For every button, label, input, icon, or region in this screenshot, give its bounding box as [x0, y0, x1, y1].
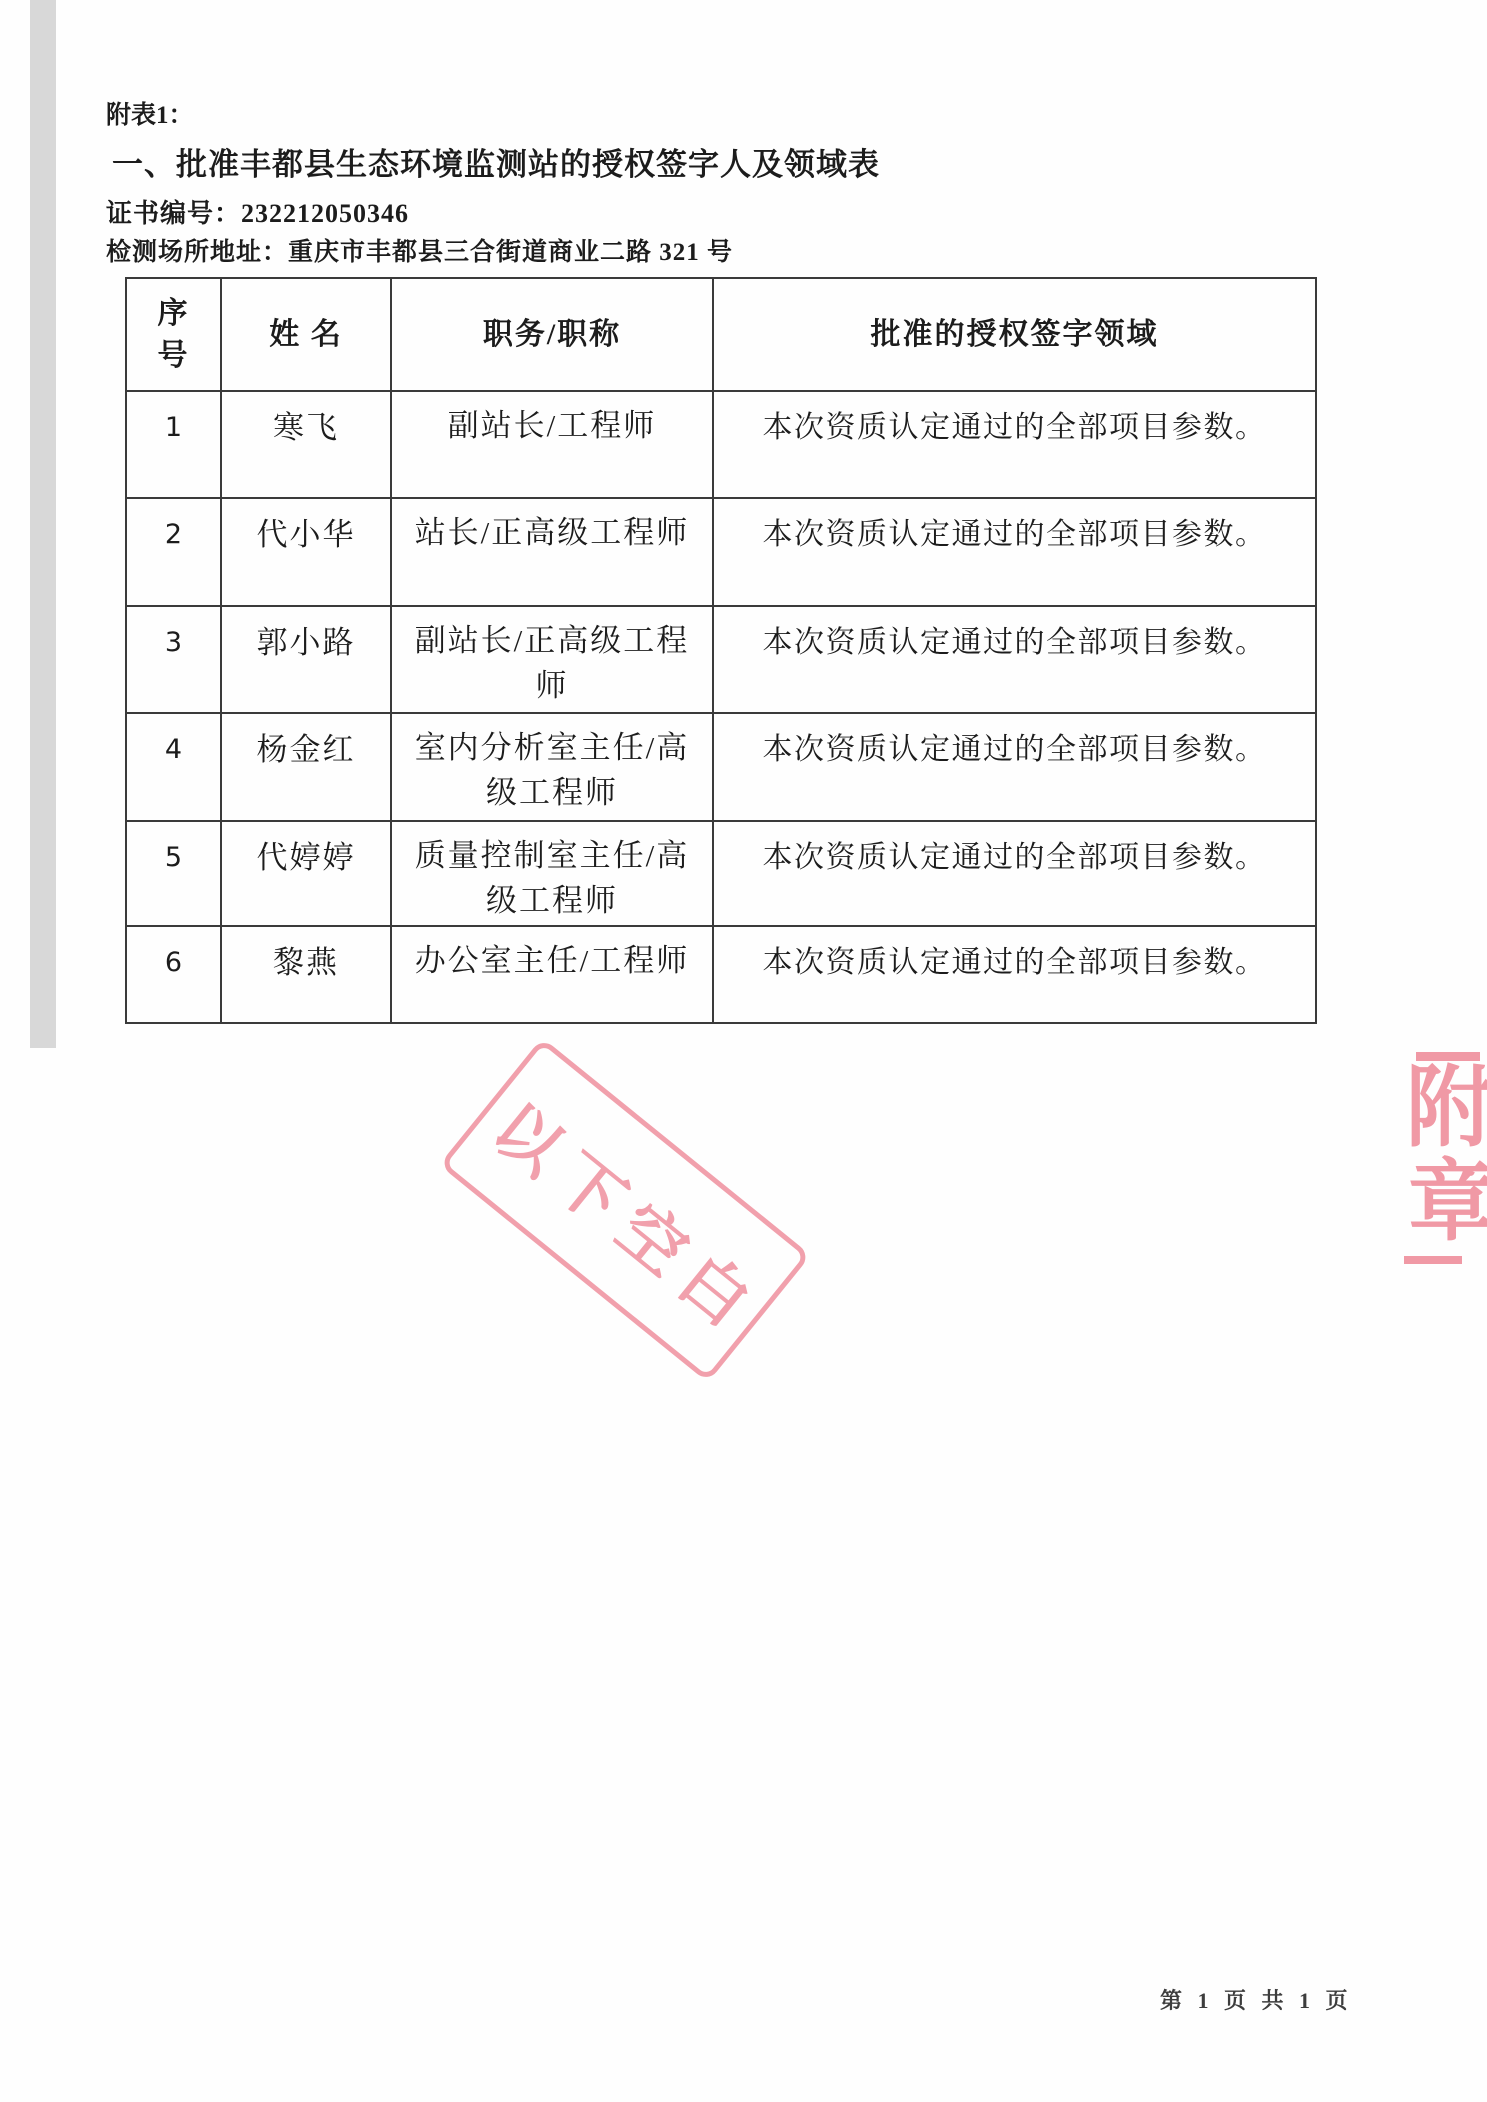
cell-scope: 本次资质认定通过的全部项目参数。 — [713, 391, 1316, 498]
blank-below-stamp: 以下空白 — [439, 1037, 811, 1382]
address-value: 重庆市丰都县三合街道商业二路 321 号 — [288, 239, 733, 266]
certificate-number-line: 证书编号：232212050346 — [106, 193, 409, 230]
page-title: 一、批准丰都县生态环境监测站的授权签字人及领域表 — [112, 139, 880, 184]
scan-edge-shadow — [30, 0, 56, 1048]
cell-scope: 本次资质认定通过的全部项目参数。 — [713, 498, 1316, 606]
header-name: 姓 名 — [221, 278, 391, 391]
seal-character: 附 — [1406, 1066, 1487, 1154]
cell-no: 4 — [126, 713, 221, 821]
cell-name: 代小华 — [221, 498, 391, 606]
header-scope: 批准的授权签字领域 — [713, 278, 1316, 391]
cell-no: 6 — [126, 926, 221, 1023]
cell-no: 2 — [126, 498, 221, 606]
cell-no: 1 — [126, 391, 221, 498]
cell-scope: 本次资质认定通过的全部项目参数。 — [713, 821, 1316, 926]
table-row: 6 黎燕 办公室主任/工程师 本次资质认定通过的全部项目参数。 — [126, 926, 1316, 1023]
cell-title: 站长/正高级工程师 — [391, 498, 713, 606]
cell-scope: 本次资质认定通过的全部项目参数。 — [713, 926, 1316, 1023]
seal-character: 章 — [1408, 1160, 1487, 1248]
address-label: 检测场所地址： — [106, 239, 288, 266]
table-row: 3 郭小路 副站长/正高级工程师 本次资质认定通过的全部项目参数。 — [126, 606, 1316, 713]
cell-no: 5 — [126, 821, 221, 926]
attachment-label: 附表1： — [106, 95, 194, 131]
table-row: 2 代小华 站长/正高级工程师 本次资质认定通过的全部项目参数。 — [126, 498, 1316, 606]
edge-seal-stamp: 附 章 — [1392, 1048, 1487, 1280]
table-row: 5 代婷婷 质量控制室主任/高级工程师 本次资质认定通过的全部项目参数。 — [126, 821, 1316, 926]
cell-name: 代婷婷 — [221, 821, 391, 926]
cell-title: 办公室主任/工程师 — [391, 926, 713, 1023]
table-row: 1 寒飞 副站长/工程师 本次资质认定通过的全部项目参数。 — [126, 391, 1316, 498]
header-title: 职务/职称 — [391, 278, 713, 391]
address-line: 检测场所地址：重庆市丰都县三合街道商业二路 321 号 — [106, 232, 733, 268]
cell-title: 副站长/工程师 — [391, 391, 713, 498]
page-footer: 第 1 页 共 1 页 — [1160, 1984, 1353, 2015]
certificate-number-value: 232212050346 — [241, 199, 409, 228]
cell-name: 郭小路 — [221, 606, 391, 713]
document-page: 附表1： 一、批准丰都县生态环境监测站的授权签字人及领域表 证书编号：23221… — [0, 0, 1487, 2102]
table-header-row: 序号 姓 名 职务/职称 批准的授权签字领域 — [126, 278, 1316, 391]
cell-name: 寒飞 — [221, 391, 391, 498]
cell-title: 副站长/正高级工程师 — [391, 606, 713, 713]
seal-frame-bar — [1404, 1256, 1462, 1264]
cell-scope: 本次资质认定通过的全部项目参数。 — [713, 713, 1316, 821]
cell-no: 3 — [126, 606, 221, 713]
table-row: 4 杨金红 室内分析室主任/高级工程师 本次资质认定通过的全部项目参数。 — [126, 713, 1316, 821]
signatories-table: 序号 姓 名 职务/职称 批准的授权签字领域 1 寒飞 副站长/工程师 本次资质… — [125, 277, 1317, 1024]
cell-scope: 本次资质认定通过的全部项目参数。 — [713, 606, 1316, 713]
certificate-number-label: 证书编号： — [106, 199, 241, 228]
cell-name: 杨金红 — [221, 713, 391, 821]
seal-frame-bar — [1416, 1052, 1480, 1061]
cell-title: 质量控制室主任/高级工程师 — [391, 821, 713, 926]
cell-name: 黎燕 — [221, 926, 391, 1023]
cell-title: 室内分析室主任/高级工程师 — [391, 713, 713, 821]
header-no: 序号 — [126, 278, 221, 391]
